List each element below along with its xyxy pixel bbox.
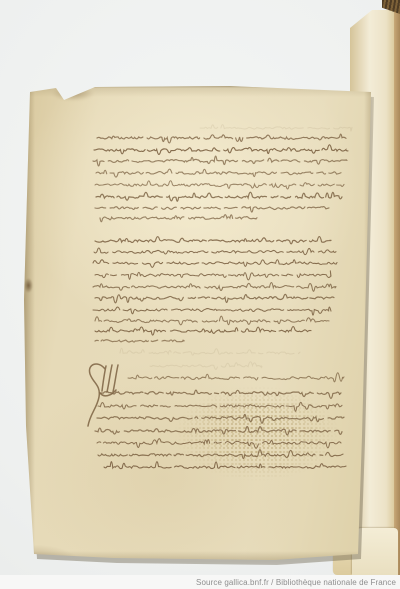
manuscript-page xyxy=(24,86,372,564)
caption-bar: Source gallica.bnf.fr / Bibliothèque nat… xyxy=(0,575,400,589)
gallica-scan-viewport: Source gallica.bnf.fr / Bibliothèque nat… xyxy=(0,0,400,589)
parchment-edge-shading xyxy=(24,86,372,564)
parchment-speckle-texture xyxy=(174,386,339,481)
source-attribution: Source gallica.bnf.fr / Bibliothèque nat… xyxy=(196,575,396,589)
parchment-stain xyxy=(24,278,33,293)
